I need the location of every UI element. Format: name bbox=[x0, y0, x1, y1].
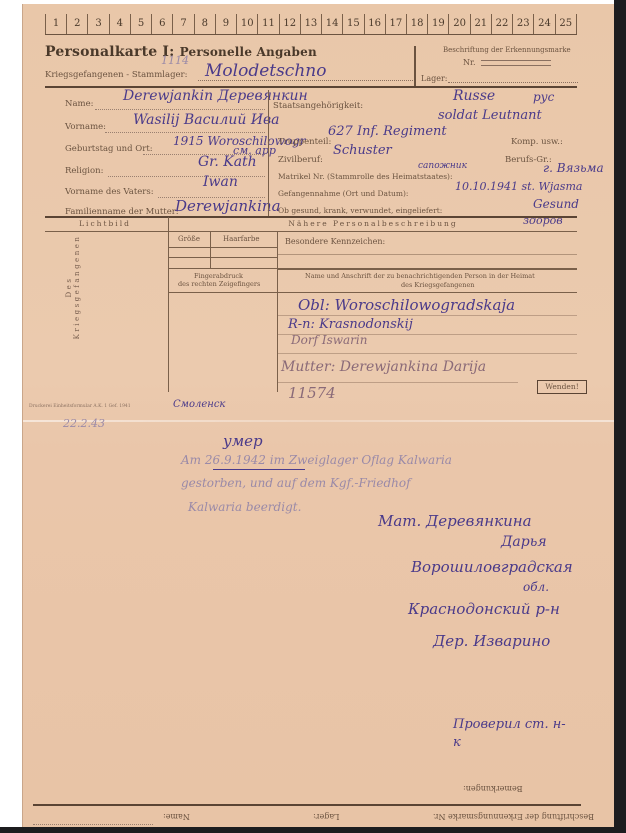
notify-line-4 bbox=[278, 382, 518, 383]
id-tag-nr-lines bbox=[481, 60, 551, 66]
fingerprint-bottom-rule bbox=[169, 292, 277, 293]
father-name-label: Vorname des Vaters: bbox=[65, 187, 154, 197]
strip-number: 21 bbox=[471, 14, 492, 34]
signature: Проверил ст. н-к bbox=[453, 716, 573, 752]
size-row-rule bbox=[169, 247, 277, 248]
strip-number: 3 bbox=[88, 14, 109, 34]
name-underline bbox=[95, 109, 265, 110]
strip-number: 4 bbox=[110, 14, 131, 34]
side-label: Des Kriegsgefangenen bbox=[65, 227, 81, 347]
notify-mother: Mutter: Derewjankina Darija bbox=[281, 359, 486, 375]
russian-address-line-6: Дер. Изварино bbox=[433, 632, 550, 650]
strip-number: 2 bbox=[67, 14, 88, 34]
header-divider bbox=[414, 46, 416, 86]
number-strip: 1 2 3 4 5 6 7 8 9 10 11 12 13 14 15 16 1… bbox=[45, 14, 577, 35]
faint-number: 1114 bbox=[161, 54, 189, 67]
page-margin-left bbox=[0, 0, 22, 833]
card-fold bbox=[23, 420, 614, 422]
strip-number: 7 bbox=[173, 14, 194, 34]
note-below-table: Смоленск bbox=[173, 399, 225, 410]
strip-number: 19 bbox=[428, 14, 449, 34]
unit-label: Truppenteil: bbox=[278, 137, 331, 147]
strip-number: 5 bbox=[131, 14, 152, 34]
lager-label: Lager: bbox=[421, 74, 447, 83]
death-note-line-2: gestorben, und auf dem Kgf.-Friedhof bbox=[181, 476, 411, 490]
size-hair-divider bbox=[210, 232, 211, 268]
notify-top-rule bbox=[278, 268, 577, 270]
footer-lager-label: Lager: bbox=[313, 812, 339, 821]
civil-occupation-value: Schuster bbox=[333, 143, 392, 158]
fingerprint-label-1: Fingerabdruck bbox=[194, 272, 243, 280]
death-note-line-3: Kalwaria beerdigt. bbox=[188, 500, 301, 514]
strip-number: 12 bbox=[280, 14, 301, 34]
religion-label: Religion: bbox=[65, 166, 103, 176]
table-header-rule bbox=[45, 231, 577, 232]
strip-number: 25 bbox=[556, 14, 577, 34]
stalag-value: Molodetschno bbox=[205, 61, 326, 81]
strip-number: 1 bbox=[45, 14, 67, 34]
nationality-note: рус bbox=[533, 90, 554, 104]
photo-header: Lichtbild bbox=[45, 217, 165, 231]
photo-column-divider bbox=[168, 217, 169, 392]
printer-mark: Druckerei Einheitsformular A.K. 1 Gef. 1… bbox=[29, 404, 131, 409]
size-row-rule-2 bbox=[169, 257, 277, 258]
hair-label: Haarfarbe bbox=[223, 235, 260, 243]
russian-address-line-3: Ворошиловградская bbox=[411, 558, 573, 576]
strip-number: 24 bbox=[534, 14, 555, 34]
footer-id-tag-label: Beschriftung der Erkennungsmarke Nr. bbox=[433, 812, 594, 821]
stalag-label: Kriegsgefangenen - Stammlager: bbox=[45, 70, 187, 80]
death-word: умер bbox=[223, 432, 263, 450]
id-tag-label: Beschriftung der Erkennungsmarke bbox=[443, 46, 571, 54]
footer-name-label: Name: bbox=[163, 812, 190, 821]
russian-address-line-4: обл. bbox=[523, 580, 549, 594]
matrikel-value: г. Вязьма bbox=[543, 161, 604, 175]
death-date-underline bbox=[213, 469, 305, 470]
field-column-divider bbox=[268, 90, 269, 216]
description-column-divider bbox=[277, 232, 278, 392]
capture-label: Gefangennahme (Ort und Datum): bbox=[278, 189, 408, 198]
capture-value: 10.10.1941 st. Wjasma bbox=[455, 180, 582, 193]
nationality-value: Russe bbox=[453, 88, 495, 104]
nationality-label: Staatsangehörigkeit: bbox=[273, 101, 363, 111]
notify-village: Dorf Iswarin bbox=[291, 333, 367, 347]
footer-rule bbox=[33, 804, 581, 806]
matrikel-label: Matrikel Nr. (Stammrolle des Heimatstaat… bbox=[278, 172, 453, 181]
health-value: Gesund bbox=[533, 197, 579, 211]
faint-date: 22.2.43 bbox=[63, 417, 105, 430]
id-tag-nr-label: Nr. bbox=[463, 58, 476, 67]
footer-name-underline bbox=[33, 824, 153, 825]
russian-address-line-2: Дарья bbox=[501, 534, 547, 550]
special-marks-label: Besondere Kennzeichen: bbox=[285, 237, 385, 246]
title-subtitle: Personelle Angaben bbox=[180, 45, 317, 59]
notify-region: Obl: Woroschilowogradskaja bbox=[298, 296, 515, 314]
personnel-card: 1 2 3 4 5 6 7 8 9 10 11 12 13 14 15 16 1… bbox=[22, 4, 614, 827]
first-name-underline bbox=[105, 132, 265, 133]
title-main: Personalkarte I: bbox=[45, 44, 175, 60]
fingerprint-top-rule bbox=[169, 268, 277, 269]
size-label: Größe bbox=[178, 235, 200, 243]
viewer-edge-right bbox=[614, 0, 626, 833]
notify-line-1 bbox=[278, 315, 577, 316]
strip-number: 18 bbox=[407, 14, 428, 34]
strip-number: 23 bbox=[513, 14, 534, 34]
strip-number: 17 bbox=[386, 14, 407, 34]
first-name-value: Wasilij Василий Ива bbox=[133, 112, 280, 128]
notify-line-3 bbox=[278, 353, 577, 354]
health-label: Ob gesund, krank, verwundet, eingeliefer… bbox=[278, 206, 442, 215]
strip-number: 6 bbox=[152, 14, 173, 34]
company-label: Komp. usw.: bbox=[511, 137, 563, 147]
mother-name-value: Derewjankina bbox=[175, 197, 281, 215]
strip-number: 8 bbox=[195, 14, 216, 34]
death-note-line-1: Am 26.9.1942 im Zweiglager Oflag Kalwari… bbox=[181, 453, 452, 467]
notify-district: R-n: Krasnodonskij bbox=[288, 317, 413, 332]
russian-address-line-1: Мат. Деревянкина bbox=[378, 512, 532, 530]
description-header: Nähere Personalbeschreibung bbox=[273, 217, 473, 231]
civil-occupation-note: сапожник bbox=[418, 161, 467, 171]
strip-number: 13 bbox=[301, 14, 322, 34]
strip-number: 16 bbox=[365, 14, 386, 34]
strip-number: 10 bbox=[237, 14, 258, 34]
first-name-label: Vorname: bbox=[65, 122, 106, 132]
strip-number: 22 bbox=[492, 14, 513, 34]
religion-note: см. арр bbox=[233, 144, 276, 157]
lager-underline bbox=[448, 82, 578, 83]
turn-over-box: Wenden! bbox=[537, 380, 587, 394]
rank-value: soldat Leutnant bbox=[438, 108, 542, 123]
remarks-label: Bemerkungen: bbox=[463, 784, 523, 793]
viewer-edge-bottom bbox=[0, 827, 626, 833]
strip-number: 14 bbox=[322, 14, 343, 34]
strip-number: 20 bbox=[449, 14, 470, 34]
notify-header-rule bbox=[278, 292, 577, 293]
name-label: Name: bbox=[65, 99, 93, 109]
birth-label: Geburtstag und Ort: bbox=[65, 144, 153, 154]
notify-label-1: Name und Anschrift der zu benachrichtige… bbox=[305, 272, 535, 280]
father-name-value: Iwan bbox=[203, 174, 238, 190]
russian-address-line-5: Краснодонский р-н bbox=[408, 600, 560, 618]
strip-number: 15 bbox=[343, 14, 364, 34]
strip-number: 11 bbox=[258, 14, 279, 34]
fingerprint-label-2: des rechten Zeigefingers bbox=[178, 280, 260, 288]
unit-value: 627 Inf. Regiment bbox=[328, 124, 447, 139]
religion-underline bbox=[108, 176, 265, 177]
strip-number: 9 bbox=[216, 14, 237, 34]
civil-occupation-label: Zivilberuf: bbox=[278, 155, 323, 165]
notify-label-2: des Kriegsgefangenen bbox=[401, 281, 475, 289]
special-marks-rule bbox=[278, 254, 577, 255]
card-number: 11574 bbox=[288, 384, 336, 402]
